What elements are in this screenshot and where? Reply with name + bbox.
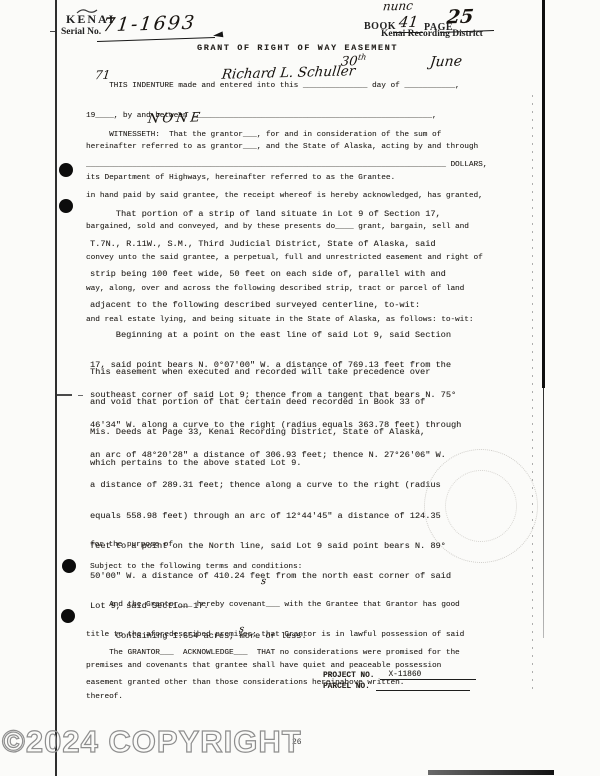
document-line: and void that portion of that certain de…: [90, 397, 430, 407]
document-line: equals 558.98 feet) through an arc of 12…: [90, 511, 461, 521]
project-parcel-block: PROJECT NO. X-11860 PARCEL NO.: [323, 669, 476, 691]
consideration-sum-handwritten: NONE: [147, 110, 204, 126]
right-edge-line-thin: [543, 388, 544, 638]
margin-note-handwritten: nunc: [382, 0, 414, 13]
hole-punch-mark: [59, 163, 73, 177]
serial-number-handwritten: 71-1693: [102, 12, 198, 36]
document-line: T.7N., R.11W., S.M., Third Judicial Dist…: [90, 239, 461, 249]
year-handwritten: 71: [94, 68, 111, 82]
hole-punch-mark: [61, 609, 75, 623]
document-line: That portion of a strip of land situate …: [90, 209, 461, 219]
document-title: GRANT OF RIGHT OF WAY EASEMENT: [197, 43, 398, 53]
project-row: PROJECT NO. X-11860: [323, 669, 476, 680]
document-line: which pertains to the above stated Lot 9…: [90, 458, 430, 468]
right-edge-line-thick: [542, 0, 545, 388]
document-line: This easement when executed and recorded…: [90, 367, 430, 377]
serial-underline: [97, 37, 215, 43]
bottom-edge-shadow: [428, 770, 554, 775]
parcel-row: PARCEL NO.: [323, 680, 476, 691]
stray-dash-mark: [57, 394, 72, 396]
serial-number-label: Serial No.: [61, 27, 101, 37]
hole-punch-mark: [59, 199, 73, 213]
stray-dash-mark: [78, 395, 83, 396]
document-line: strip being 100 feet wide, 50 feet on ea…: [90, 269, 461, 279]
document-line: Beginning at a point on the east line of…: [90, 330, 461, 340]
hole-punch-mark: [62, 559, 76, 573]
parcel-number-value: [376, 690, 470, 691]
scanned-document-page: KENAI Serial No. 71-1693 nunc BOOK 41 PA…: [0, 0, 600, 776]
subject-line: Subject to the following terms and condi…: [90, 562, 302, 572]
document-line: And the Grantor___ hereby covenant___ wi…: [86, 600, 464, 610]
document-line: THIS INDENTURE made and entered into thi…: [86, 81, 478, 91]
document-line: Mis. Deeds at Page 33, Kenai Recording D…: [90, 427, 430, 437]
left-margin-line: [55, 0, 57, 776]
document-line: The GRANTOR___ ACKNOWLEDGE___ THAT no co…: [86, 648, 460, 658]
right-dotted-line: [532, 95, 533, 690]
project-number-value: X-11860: [380, 671, 476, 680]
serial-arrow-mark: [213, 31, 224, 38]
document-line: ________________________________________…: [86, 160, 487, 170]
copyright-watermark: ©2024 COPYRIGHT: [2, 724, 302, 760]
page-number-handwritten: 25: [446, 6, 475, 29]
stray-dash-mark: [50, 31, 55, 32]
day-suffix: th: [357, 53, 366, 62]
month-handwritten: June: [429, 54, 463, 71]
parcel-number-label: PARCEL NO.: [323, 683, 370, 691]
purpose-line: for the purpose of: [90, 540, 173, 550]
document-line: adjacent to the following described surv…: [90, 300, 461, 310]
precedence-paragraph: This easement when executed and recorded…: [90, 347, 430, 488]
document-line: WITNESSETH: That the grantor___, for and…: [86, 130, 487, 140]
project-number-label: PROJECT NO.: [323, 672, 374, 680]
recording-district-label: Kenai Recording District: [381, 29, 483, 39]
